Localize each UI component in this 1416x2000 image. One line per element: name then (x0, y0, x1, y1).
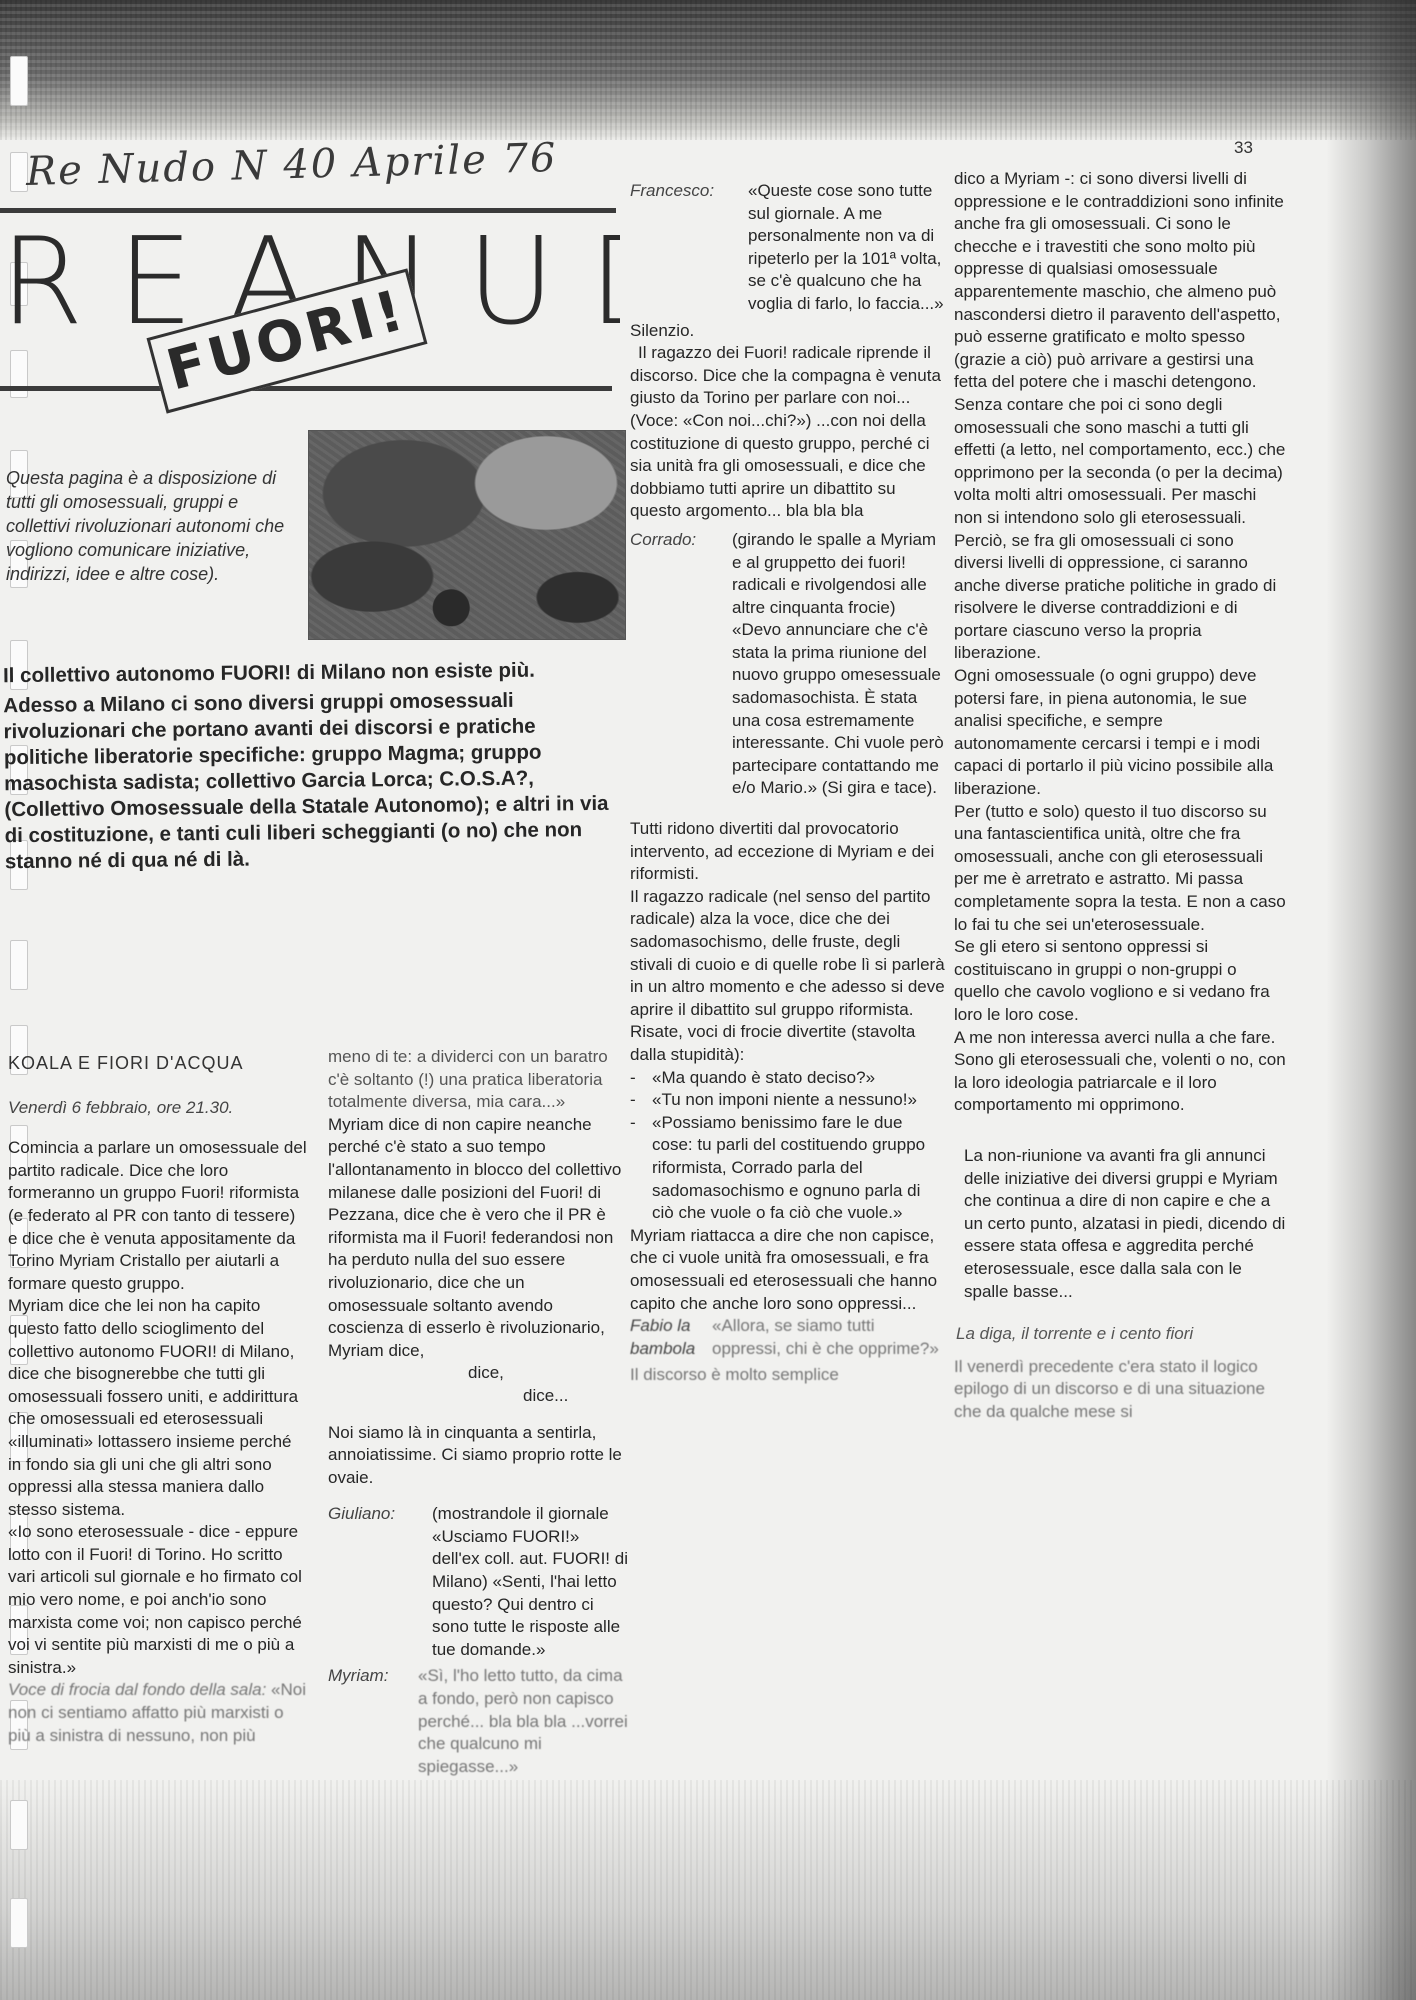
body-paragraph: Sono gli eterosessuali che, volenti o no… (954, 1049, 1286, 1117)
dialogue-francesco: Francesco: «Queste cose sono tutte sul g… (630, 180, 946, 316)
scan-top-band (0, 0, 1416, 140)
speaker-text: (mostrandole il giornale «Usciamo FUORI!… (432, 1503, 628, 1661)
body-paragraph: Se gli etero si sentono oppressi si cost… (954, 936, 1286, 1026)
handwritten-annotation: Re Nudo N 40 Aprile 76 (25, 135, 558, 195)
dialogue-myriam: Myriam: «Sì, l'ho letto tutto, da cima a… (328, 1665, 628, 1778)
body-paragraph: Per (tutto e solo) questo il tuo discors… (954, 801, 1286, 937)
scan-right-edge (1326, 0, 1416, 2000)
dialogue-giuliano: Giuliano: (mostrandole il giornale «Usci… (328, 1503, 628, 1661)
quote-item: -«Ma quando è stato deciso?» (630, 1067, 946, 1090)
body-paragraph: La non-riunione va avanti fra gli annunc… (954, 1145, 1286, 1303)
body-paragraph: dico a Myriam -: ci sono diversi livelli… (954, 168, 1286, 530)
body-paragraph: «Io sono eterosessuale - dice - eppure l… (8, 1521, 308, 1679)
body-paragraph: meno di te: a dividerci con un baratro c… (328, 1046, 628, 1114)
column-3: Francesco: «Queste cose sono tutte sul g… (630, 180, 946, 1387)
dialogue-fabio: Fabio la bambola «Allora, se siamo tutti… (630, 1315, 946, 1360)
binder-hole (10, 940, 28, 990)
section-title: KOALA E FIORI D'ACQUA (8, 1052, 308, 1075)
lead-paragraphs: Il collettivo autonomo FUORI! di Milano … (3, 657, 615, 879)
body-paragraph: A me non interessa averci nulla a che fa… (954, 1027, 1286, 1050)
dialogue-corrado: Corrado: (girando le spalle a Myriam e a… (630, 529, 946, 800)
body-paragraph: Ogni omosessuale (o ogni gruppo) deve po… (954, 665, 1286, 801)
intro-note: Questa pagina è a disposizione di tutti … (6, 466, 296, 586)
speaker-text: «Queste cose sono tutte sul giornale. A … (748, 180, 946, 316)
header-rule-bottom (0, 386, 612, 391)
body-paragraph: Comincia a parlare un omosessuale del pa… (8, 1137, 308, 1295)
quote-item: -«Possiamo benissimo fare le due cose: t… (630, 1112, 946, 1225)
dateline: Venerdì 6 febbraio, ore 21.30. (8, 1097, 308, 1120)
body-paragraph: Perciò, se fra gli omosessuali ci sono d… (954, 530, 1286, 666)
body-paragraph: Myriam riattacca a dire che non capisce,… (630, 1225, 946, 1315)
voice-label: Voce di frocia dal fondo della sala: (8, 1680, 266, 1699)
column-2: meno di te: a dividerci con un baratro c… (328, 1046, 628, 1782)
column-4: dico a Myriam -: ci sono diversi livelli… (954, 168, 1286, 1423)
subheading: La diga, il torrente e i cento fiori (954, 1323, 1286, 1346)
body-paragraph: Tutti ridono divertiti dal provocatorio … (630, 818, 946, 886)
silence-line: Silenzio. (630, 320, 946, 343)
body-paragraph: Risate, voci di frocie divertite (stavol… (630, 1021, 946, 1066)
speaker-name: Fabio la bambola (630, 1315, 712, 1360)
body-paragraph: Il discorso è molto semplice (630, 1364, 946, 1387)
speaker-text: «Allora, se siamo tutti oppressi, chi è … (712, 1315, 946, 1360)
page-number: 33 (1234, 138, 1253, 158)
scan-bottom-noise (0, 1780, 1416, 2000)
quote-item: -«Tu non imponi niente a nessuno!» (630, 1089, 946, 1112)
body-paragraph: Myriam dice di non capire neanche perché… (328, 1114, 628, 1340)
lead-paragraph: Il collettivo autonomo FUORI! di Milano … (3, 657, 613, 689)
column-1: KOALA E FIORI D'ACQUA Venerdì 6 febbraio… (8, 1052, 308, 1747)
speaker-name: Giuliano: (328, 1503, 432, 1661)
body-paragraph: Myriam dice che lei non ha capito questo… (8, 1295, 308, 1521)
body-paragraph: Noi siamo là in cinquanta a sentirla, an… (328, 1422, 628, 1490)
binder-hole (10, 56, 28, 106)
binder-hole (10, 1898, 28, 1948)
dice-line: dice, (328, 1362, 628, 1385)
speaker-text: «Sì, l'ho letto tutto, da cima a fondo, … (418, 1665, 628, 1778)
body-paragraph: Il ragazzo radicale (nel senso del parti… (630, 886, 946, 1022)
speaker-name: Francesco: (630, 180, 748, 316)
body-paragraph: Il ragazzo dei Fuori! radicale riprende … (630, 342, 946, 523)
binder-hole (10, 1800, 28, 1850)
lead-paragraph: Adesso a Milano ci sono diversi gruppi o… (3, 687, 615, 875)
speaker-text: (girando le spalle a Myriam e al gruppet… (732, 529, 946, 800)
speaker-name: Myriam: (328, 1665, 418, 1778)
header-rule-top (0, 208, 616, 213)
speaker-name: Corrado: (630, 529, 732, 800)
dice-line: Myriam dice, (328, 1340, 628, 1363)
halftone-photo (308, 430, 626, 640)
body-paragraph: Il venerdì precedente c'era stato il log… (954, 1356, 1286, 1424)
body-paragraph: Voce di frocia dal fondo della sala: «No… (8, 1679, 308, 1747)
dice-line: dice... (328, 1385, 628, 1408)
